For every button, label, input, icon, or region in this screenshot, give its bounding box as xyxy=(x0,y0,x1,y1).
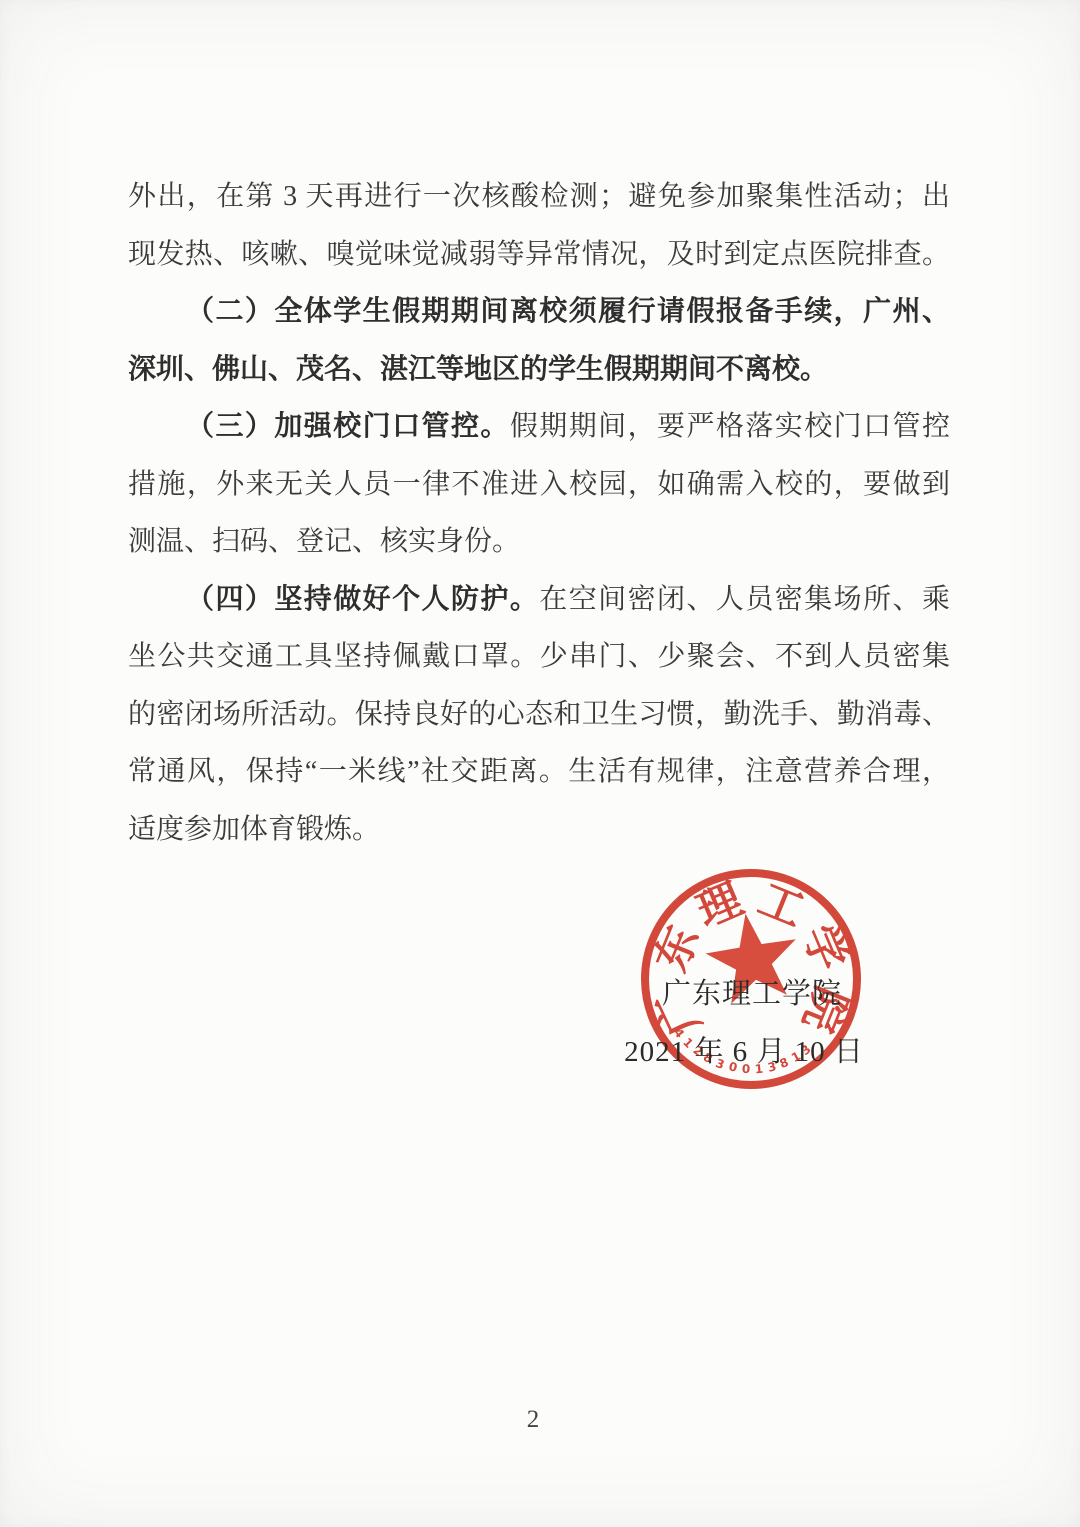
text-line: （二）全体学生假期期间离校须履行请假报备手续，广州、 xyxy=(128,283,950,341)
text-line: （四）坚持做好个人防护。在空间密闭、人员密集场所、乘 xyxy=(128,571,950,629)
document-page: 外出，在第 3 天再进行一次核酸检测；避免参加聚集性活动；出 现发热、咳嗽、嗅觉… xyxy=(0,0,1080,1527)
document-body: 外出，在第 3 天再进行一次核酸检测；避免参加聚集性活动；出 现发热、咳嗽、嗅觉… xyxy=(128,168,950,858)
text-line: 常通风，保持“一米线”社交距离。生活有规律，注意营养合理， xyxy=(128,743,950,801)
text-line: 措施，外来无关人员一律不准进入校园，如确需入校的，要做到 xyxy=(128,456,950,514)
text-line: 外出，在第 3 天再进行一次核酸检测；避免参加聚集性活动；出 xyxy=(128,168,950,226)
signature-org: 广东理工学院 xyxy=(662,971,842,1012)
page-number: 2 xyxy=(0,1406,1066,1434)
text-line: （三）加强校门口管控。假期期间，要严格落实校门口管控 xyxy=(128,398,950,456)
text-line: 适度参加体育锻炼。 xyxy=(128,801,950,859)
signature-date: 2021 年 6 月 10 日 xyxy=(624,1029,864,1070)
text-line: 测温、扫码、登记、核实身份。 xyxy=(128,513,950,571)
text-line: 坐公共交通工具坚持佩戴口罩。少串门、少聚会、不到人员密集 xyxy=(128,628,950,686)
text-line: 深圳、佛山、茂名、湛江等地区的学生假期期间不离校。 xyxy=(128,341,950,399)
text-line: 的密闭场所活动。保持良好的心态和卫生习惯，勤洗手、勤消毒、 xyxy=(128,686,950,744)
text-line: 现发热、咳嗽、嗅觉味觉减弱等异常情况，及时到定点医院排查。 xyxy=(128,226,950,284)
